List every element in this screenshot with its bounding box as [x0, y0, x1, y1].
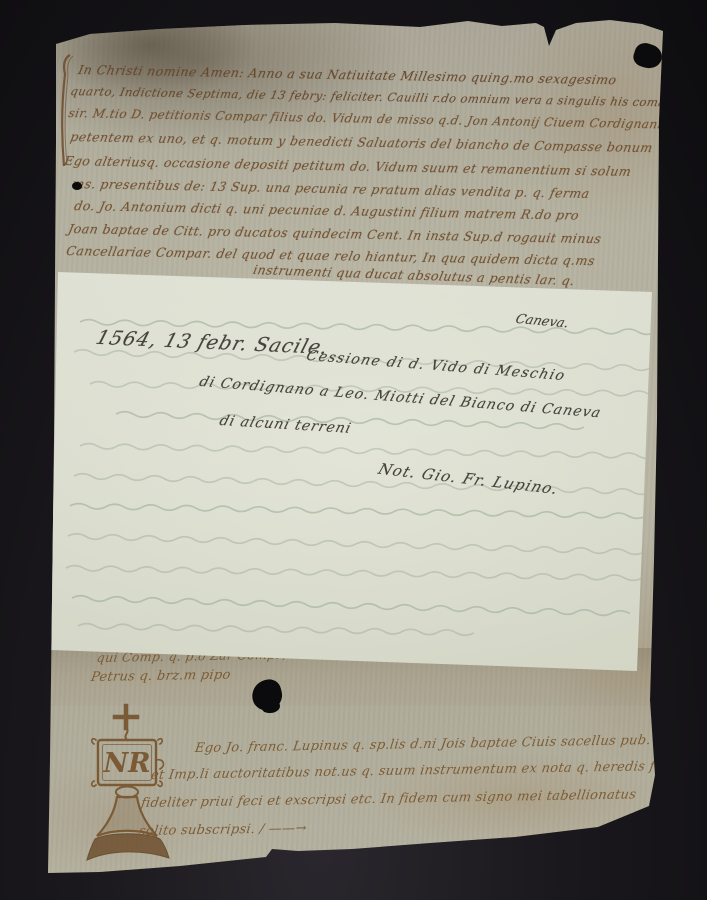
- cross-icon: [115, 706, 137, 728]
- manuscript-line: do. Jo. Antonium dicti q. uni pecuniae d…: [73, 198, 580, 223]
- parchment-sheet: In Christi nomine Amen: Anno a sua Natiu…: [0, 0, 707, 900]
- notarial-signum: NR: [84, 700, 204, 868]
- notary-line: et Imp.li auctoritatibus not.us q. suum …: [150, 758, 707, 783]
- manuscript-line: Petrus q. brz.m pipo: [90, 668, 232, 685]
- manuscript-line: ms. presentibus de: 13 Sup. una pecunia …: [71, 176, 591, 201]
- notary-line: Ego Jo. franc. Lupinus q. sp.lis d.ni Jo…: [194, 732, 693, 756]
- manuscript-line: Joan baptae de Citt. pro ducatos quindec…: [67, 221, 603, 246]
- notary-line: fideliter priui feci et exscripsi etc. I…: [140, 787, 637, 811]
- manuscript-line: Ego alteriusq. occasione depositi petitu…: [63, 153, 633, 179]
- wormhole: [72, 182, 82, 190]
- notary-line: solito subscripsi. / ——→: [138, 821, 308, 839]
- manuscript-line: quarto, Indictione Septima, die 13 febry…: [69, 84, 702, 110]
- notary-monogram: NR: [102, 748, 150, 779]
- archival-photograph: In Christi nomine Amen: Anno a sua Natiu…: [0, 0, 707, 900]
- archivist-slip: Caneva. 1564, 13 febr. Sacile. Cessione …: [46, 268, 660, 678]
- manuscript-line: In Christi nomine Amen: Anno a sua Natiu…: [77, 62, 618, 87]
- manuscript-line: petentem ex uno, et q. motum y benedicti…: [69, 129, 654, 155]
- manuscript-line: sir. M.tio D. petitionis Compar filius d…: [67, 106, 663, 131]
